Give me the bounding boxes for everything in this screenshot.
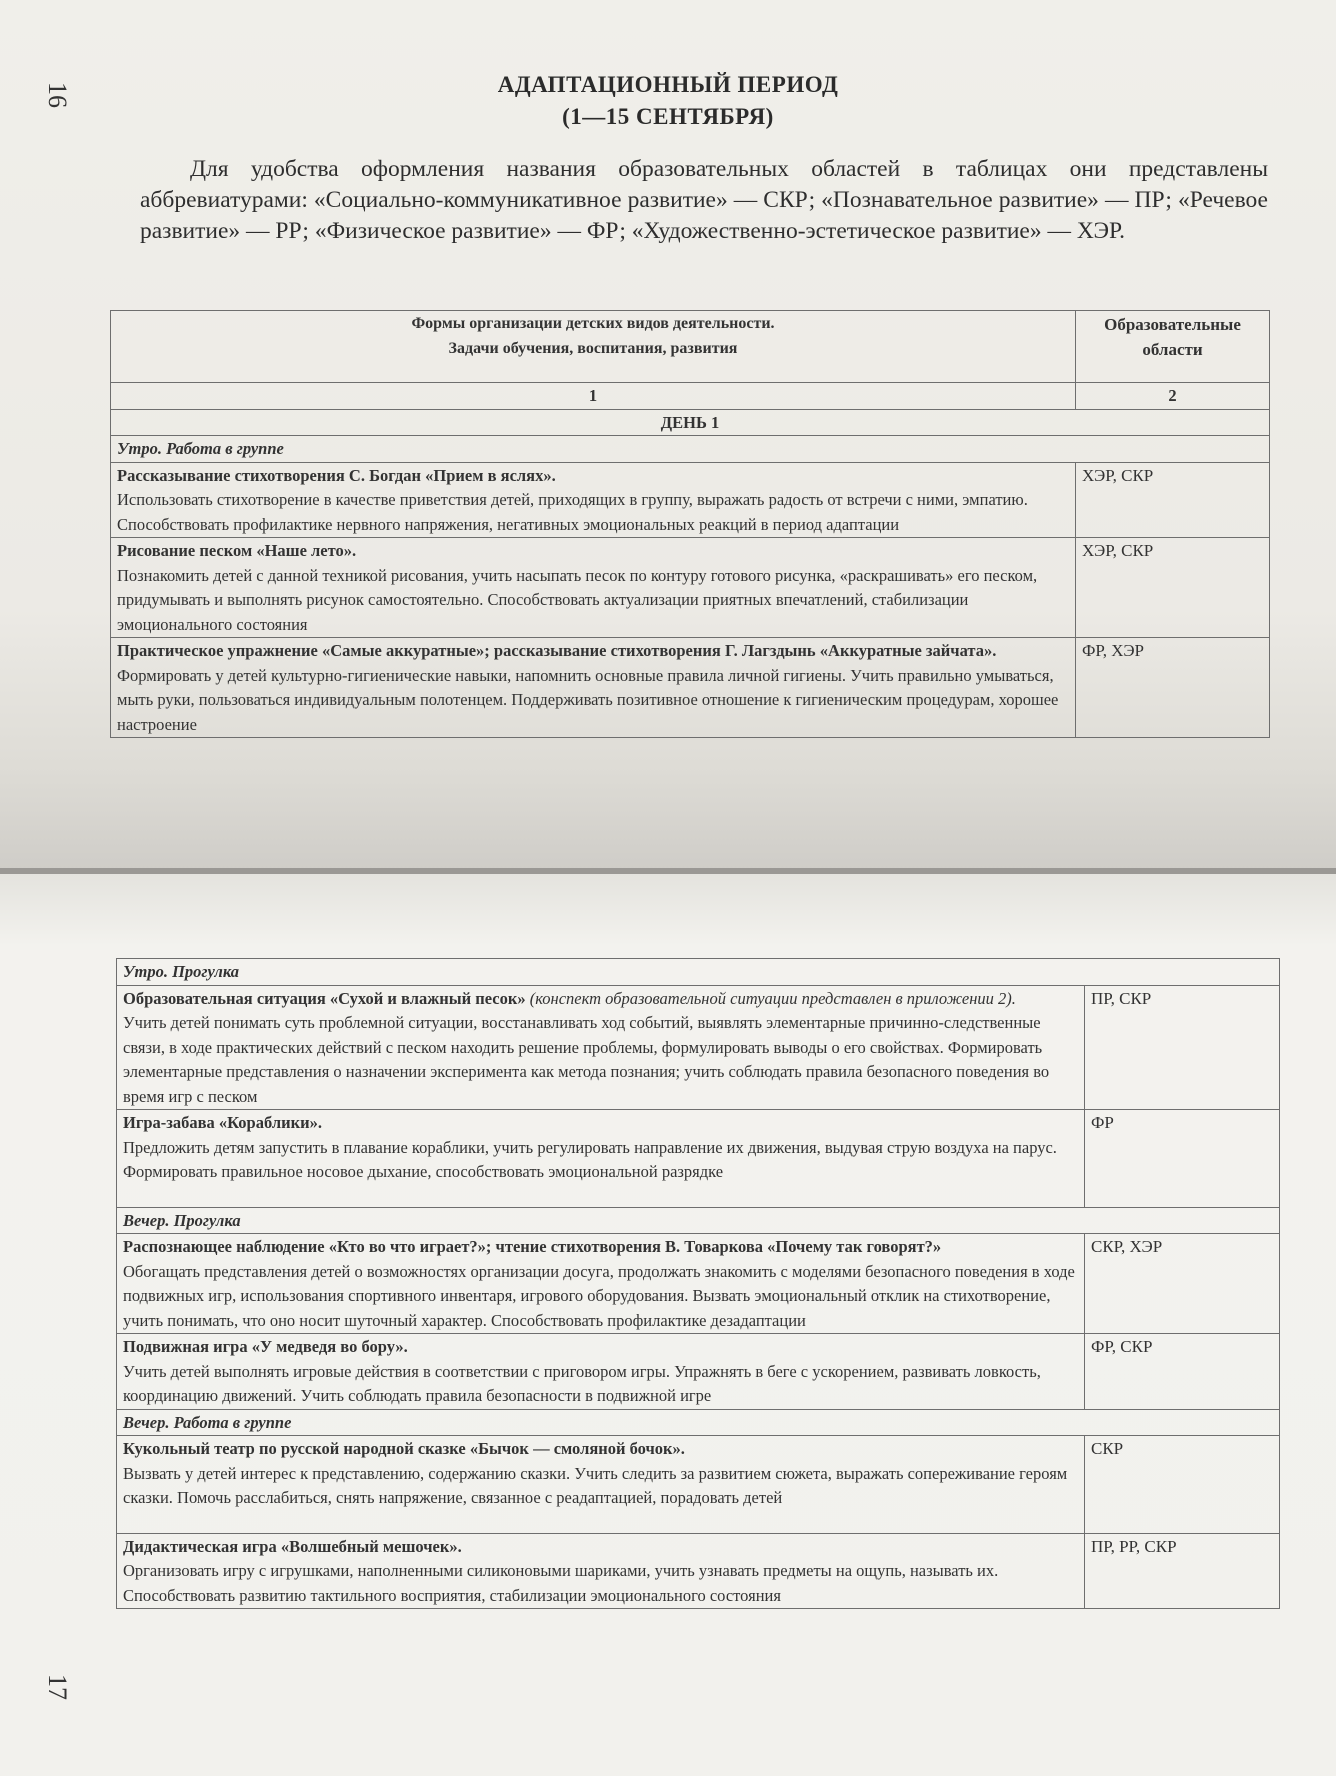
activity-row: Игра-забава «Кораблики».Предложить детям… — [117, 1110, 1280, 1208]
education-areas: СКР — [1085, 1436, 1280, 1534]
activity-description: Вызвать у детей интерес к представлению,… — [123, 1462, 1078, 1511]
activity-title: Распознающее наблюдение «Кто во что игра… — [123, 1237, 941, 1256]
activity-cell: Игра-забава «Кораблики».Предложить детям… — [117, 1110, 1085, 1208]
section-title: Утро. Прогулка — [117, 959, 1280, 986]
education-areas: ХЭР, СКР — [1076, 538, 1270, 638]
section-row: Вечер. Прогулка — [117, 1207, 1280, 1234]
activity-cell: Образовательная ситуация «Сухой и влажны… — [117, 985, 1085, 1110]
header-areas-line1: Образовательные — [1082, 312, 1263, 337]
activity-title: Кукольный театр по русской народной сказ… — [123, 1439, 685, 1458]
activity-row: Образовательная ситуация «Сухой и влажны… — [117, 985, 1280, 1110]
page-title: АДАПТАЦИОННЫЙ ПЕРИОД — [0, 72, 1336, 98]
activity-table-page-17: Утро. ПрогулкаОбразовательная ситуация «… — [116, 958, 1280, 1609]
activity-description: Учить детей понимать суть проблемной сит… — [123, 1011, 1078, 1109]
activity-note: (конспект образовательной ситуации предс… — [530, 989, 1016, 1008]
activity-cell: Практическое упражнение «Самые аккуратны… — [111, 638, 1076, 738]
activity-heading: Образовательная ситуация «Сухой и влажны… — [123, 987, 1078, 1012]
activity-cell: Распознающее наблюдение «Кто во что игра… — [117, 1234, 1085, 1334]
activity-heading: Практическое упражнение «Самые аккуратны… — [117, 639, 1069, 664]
activity-description: Использовать стихотворение в качестве пр… — [117, 488, 1069, 537]
activity-description: Предложить детям запустить в плавание ко… — [123, 1136, 1078, 1185]
activity-title: Рассказывание стихотворения С. Богдан «П… — [117, 466, 556, 485]
header-forms: Формы организации детских видов деятельн… — [111, 311, 1076, 383]
activity-heading: Распознающее наблюдение «Кто во что игра… — [123, 1235, 1078, 1260]
page-number-bottom: 17 — [42, 1674, 72, 1700]
education-areas: ПР, СКР — [1085, 985, 1280, 1110]
header-forms-line1: Формы организации детских видов деятельн… — [117, 312, 1069, 337]
section-row: Вечер. Работа в группе — [117, 1409, 1280, 1436]
column-number-row: 1 2 — [111, 383, 1270, 410]
activity-cell: Рассказывание стихотворения С. Богдан «П… — [111, 462, 1076, 538]
activity-table-page-16: Формы организации детских видов деятельн… — [110, 310, 1270, 738]
header-areas: Образовательные области — [1076, 311, 1270, 383]
section-row: Утро. Работа в группе — [111, 436, 1270, 463]
education-areas: ФР — [1085, 1110, 1280, 1208]
activity-description: Формировать у детей культурно-гигиеничес… — [117, 664, 1069, 738]
column-number-2: 2 — [1076, 383, 1270, 410]
activity-title: Рисование песком «Наше лето». — [117, 541, 356, 560]
day-row: ДЕНЬ 1 — [111, 409, 1270, 436]
activity-cell: Кукольный театр по русской народной сказ… — [117, 1436, 1085, 1534]
activity-cell: Рисование песком «Наше лето».Познакомить… — [111, 538, 1076, 638]
activity-title: Практическое упражнение «Самые аккуратны… — [117, 641, 996, 660]
activity-title: Образовательная ситуация «Сухой и влажны… — [123, 989, 526, 1008]
education-areas: ПР, РР, СКР — [1085, 1533, 1280, 1609]
education-areas: ХЭР, СКР — [1076, 462, 1270, 538]
table-header-row: Формы организации детских видов деятельн… — [111, 311, 1270, 383]
activity-heading: Игра-забава «Кораблики». — [123, 1111, 1078, 1136]
activity-heading: Дидактическая игра «Волшебный мешочек». — [123, 1535, 1078, 1560]
activity-heading: Подвижная игра «У медведя во бору». — [123, 1335, 1078, 1360]
activity-title: Дидактическая игра «Волшебный мешочек». — [123, 1537, 462, 1556]
activity-heading: Кукольный театр по русской народной сказ… — [123, 1437, 1078, 1462]
activity-title: Игра-забава «Кораблики». — [123, 1113, 322, 1132]
activity-heading: Рисование песком «Наше лето». — [117, 539, 1069, 564]
activity-cell: Подвижная игра «У медведя во бору».Учить… — [117, 1334, 1085, 1410]
education-areas: ФР, СКР — [1085, 1334, 1280, 1410]
activity-row: Рассказывание стихотворения С. Богдан «П… — [111, 462, 1270, 538]
activity-row: Практическое упражнение «Самые аккуратны… — [111, 638, 1270, 738]
activity-row: Дидактическая игра «Волшебный мешочек».О… — [117, 1533, 1280, 1609]
day-label: ДЕНЬ 1 — [111, 409, 1270, 436]
section-title: Утро. Работа в группе — [111, 436, 1270, 463]
intro-paragraph: Для удобства оформления названия образов… — [140, 154, 1268, 247]
activity-row: Рисование песком «Наше лето».Познакомить… — [111, 538, 1270, 638]
activity-description: Познакомить детей с данной техникой рисо… — [117, 564, 1069, 638]
section-title: Вечер. Прогулка — [117, 1207, 1280, 1234]
education-areas: ФР, ХЭР — [1076, 638, 1270, 738]
activity-cell: Дидактическая игра «Волшебный мешочек».О… — [117, 1533, 1085, 1609]
header-forms-line2: Задачи обучения, воспитания, развития — [117, 337, 1069, 362]
activity-heading: Рассказывание стихотворения С. Богдан «П… — [117, 464, 1069, 489]
activity-row: Подвижная игра «У медведя во бору».Учить… — [117, 1334, 1280, 1410]
activity-description: Обогащать представления детей о возможно… — [123, 1260, 1078, 1334]
activity-description: Организовать игру с игрушками, наполненн… — [123, 1559, 1078, 1608]
activity-row: Распознающее наблюдение «Кто во что игра… — [117, 1234, 1280, 1334]
section-row: Утро. Прогулка — [117, 959, 1280, 986]
section-title: Вечер. Работа в группе — [117, 1409, 1280, 1436]
column-number-1: 1 — [111, 383, 1076, 410]
header-areas-line2: области — [1082, 337, 1263, 362]
activity-row: Кукольный театр по русской народной сказ… — [117, 1436, 1280, 1534]
page-subtitle: (1—15 СЕНТЯБРЯ) — [0, 104, 1336, 130]
activity-title: Подвижная игра «У медведя во бору». — [123, 1337, 408, 1356]
education-areas: СКР, ХЭР — [1085, 1234, 1280, 1334]
activity-description: Учить детей выполнять игровые действия в… — [123, 1360, 1078, 1409]
